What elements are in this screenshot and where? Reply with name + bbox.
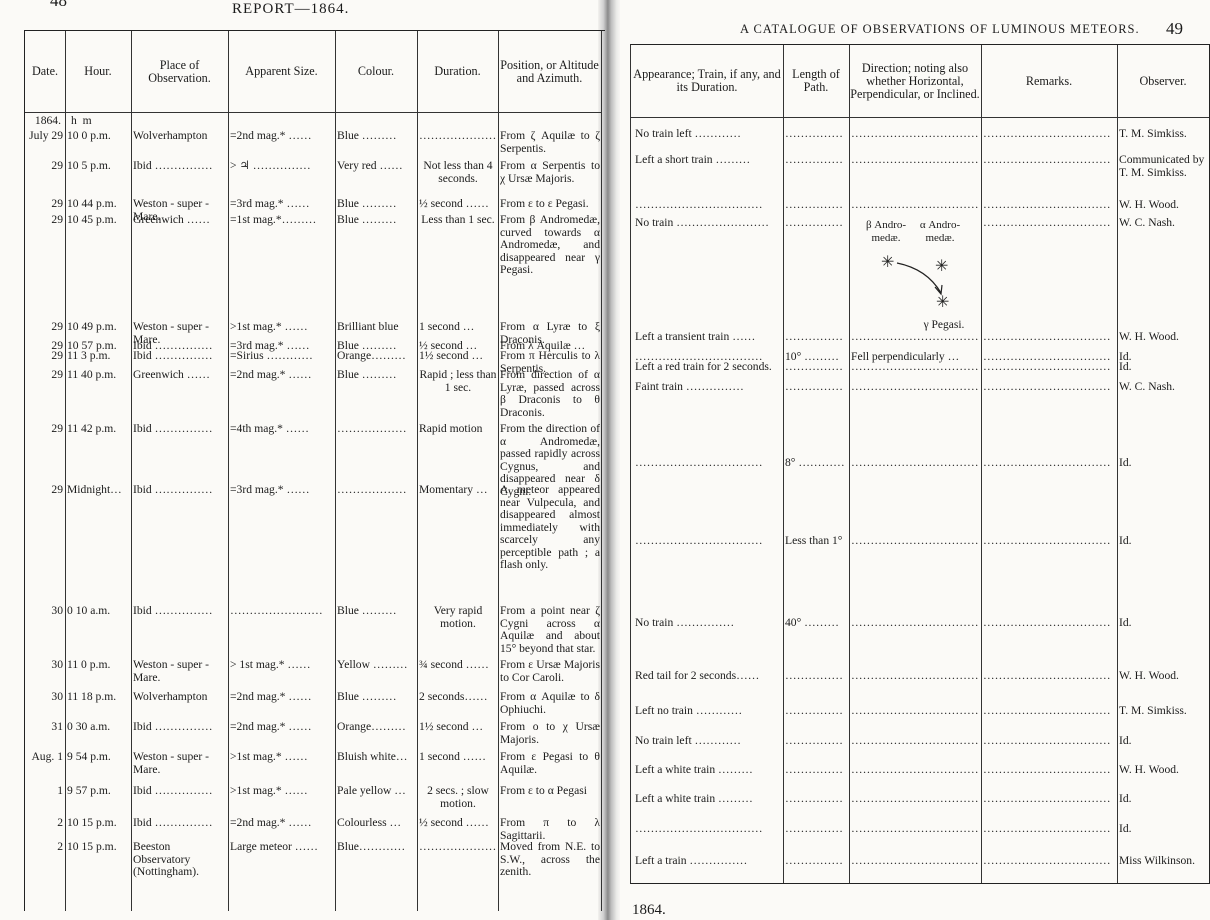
cell-colour: Blue ……… xyxy=(337,130,417,143)
cell-length: …………… xyxy=(785,128,847,141)
cell-hour: 9 57 p.m. xyxy=(67,785,129,798)
running-head-left: REPORT—1864. xyxy=(232,1,349,18)
cell-observer: T. M. Simkiss. xyxy=(1119,128,1209,141)
column-header: Date. xyxy=(25,31,65,112)
cell-date: 2 xyxy=(25,841,63,854)
cell-duration: Rapid ; less than 1 sec. xyxy=(419,369,497,394)
cell-remarks: …………………………… xyxy=(983,361,1115,374)
cell-remarks: …………………………… xyxy=(983,381,1115,394)
cell-place: Ibid …………… xyxy=(133,423,227,436)
cell-remarks: …………………………… xyxy=(983,705,1115,718)
cell-appearance: …………………………… xyxy=(635,199,781,212)
cell-position: From α Aquilæ to δ Ophiuchi. xyxy=(500,691,600,716)
cell-hour: 10 5 p.m. xyxy=(67,160,129,173)
cell-remarks: …………………………… xyxy=(983,128,1115,141)
cell-place: Wolverhampton xyxy=(133,130,227,143)
cell-size: > 1st mag.* …… xyxy=(230,659,334,672)
cell-observer: Id. xyxy=(1119,457,1209,470)
cell-place: Ibid …………… xyxy=(133,817,227,830)
cell-length: …………… xyxy=(785,154,847,167)
cell-duration: Momentary … xyxy=(419,484,497,497)
cell-direction: …………………………… xyxy=(851,361,979,374)
cell-length: Less than 1° xyxy=(785,535,847,548)
cell-appearance: Faint train …………… xyxy=(635,381,781,394)
cell-place: Ibid …………… xyxy=(133,605,227,618)
cell-duration: …………………… xyxy=(419,130,497,143)
cell-place: Weston - super - Mare. xyxy=(133,751,227,776)
cell-hour: 11 18 p.m. xyxy=(67,691,129,704)
meteor-table-right: Appearance; Train, if any, and its Durat… xyxy=(630,44,1210,884)
cell-duration: 1½ second … xyxy=(419,721,497,734)
cell-position: From ε Ursæ Majoris to Cor Caroli. xyxy=(500,659,600,684)
cell-direction: …………………………… xyxy=(851,617,979,630)
column-header: Apparent Size. xyxy=(228,31,335,112)
cell-duration: 1 second … xyxy=(419,321,497,334)
signature-mark: 1864. xyxy=(632,902,666,919)
cell-position: A meteor appeared near Vulpecula, and di… xyxy=(500,484,600,572)
cell-remarks: …………………………… xyxy=(983,764,1115,777)
cell-duration: ¾ second …… xyxy=(419,659,497,672)
cell-colour: Pale yellow … xyxy=(337,785,417,798)
cell-place: Weston - super - Mare. xyxy=(133,659,227,684)
cell-size: =2nd mag.* …… xyxy=(230,721,334,734)
cell-date: 30 xyxy=(25,659,63,672)
cell-observer: Id. xyxy=(1119,361,1209,374)
cell-hour: 11 3 p.m. xyxy=(67,350,129,363)
cell-observer: Id. xyxy=(1119,735,1209,748)
cell-duration: 1 second …… xyxy=(419,751,497,764)
cell-remarks: …………………………… xyxy=(983,670,1115,683)
cell-remarks: …………………………… xyxy=(983,457,1115,470)
cell-length: …………… xyxy=(785,217,847,230)
cell-direction: …………………………… xyxy=(851,128,979,141)
cell-duration: 1½ second … xyxy=(419,350,497,363)
cell-date: Aug. 1 xyxy=(25,751,63,764)
cell-size: =3rd mag.* …… xyxy=(230,198,334,211)
cell-appearance: …………………………… xyxy=(635,457,781,470)
cell-direction: …………………………… xyxy=(851,823,979,836)
cell-position: From ο to χ Ursæ Majoris. xyxy=(500,721,600,746)
cell-direction: …………………………… xyxy=(851,535,979,548)
cell-direction: …………………………… xyxy=(851,381,979,394)
cell-place: Ibid …………… xyxy=(133,721,227,734)
cell-colour: Blue ……… xyxy=(337,605,417,618)
cell-hour: 0 10 a.m. xyxy=(67,605,129,618)
cell-duration: Very rapid motion. xyxy=(419,605,497,630)
column-header: Position, or Altitude and Azimuth. xyxy=(498,31,601,112)
cell-observer: Id. xyxy=(1119,617,1209,630)
column-header: Colour. xyxy=(335,31,417,112)
cell-observer: W. H. Wood. xyxy=(1119,764,1209,777)
cell-date: 29 xyxy=(25,423,63,436)
cell-duration: Rapid motion xyxy=(419,423,497,436)
cell-colour: ……………… xyxy=(337,423,417,436)
cell-size: >1st mag.* …… xyxy=(230,751,334,764)
gamma-pegasi-label: γ Pegasi. xyxy=(909,319,979,332)
cell-observer: Communicated by T. M. Simkiss. xyxy=(1119,154,1209,179)
page-number-left: 48 xyxy=(50,0,67,11)
cell-observer: W. C. Nash. xyxy=(1119,381,1209,394)
cell-place: Beeston Observatory (Nottingham). xyxy=(133,841,227,879)
cell-place: Ibid …………… xyxy=(133,484,227,497)
cell-observer: Id. xyxy=(1119,535,1209,548)
cell-appearance: Left a white train ……… xyxy=(635,764,781,777)
cell-hour: 10 44 p.m. xyxy=(67,198,129,211)
cell-observer: W. H. Wood. xyxy=(1119,331,1209,344)
cell-length: 8° ………… xyxy=(785,457,847,470)
svg-text:✳: ✳ xyxy=(935,256,948,275)
cell-direction: …………………………… xyxy=(851,793,979,806)
cell-hour: 11 40 p.m. xyxy=(67,369,129,382)
cell-appearance: Left a short train ……… xyxy=(635,154,781,167)
cell-direction: …………………………… xyxy=(851,855,979,868)
cell-position: From π to λ Sagittarii. xyxy=(500,817,600,842)
cell-direction: …………………………… xyxy=(851,199,979,212)
cell-size: =Sirius ………… xyxy=(230,350,334,363)
cell-duration: 2 seconds…… xyxy=(419,691,497,704)
cell-position: Moved from N.E. to S.W., across the zeni… xyxy=(500,841,600,879)
right-page: A CATALOGUE OF OBSERVATIONS OF LUMINOUS … xyxy=(612,0,1210,920)
cell-size: =2nd mag.* …… xyxy=(230,130,334,143)
cell-remarks: …………………………… xyxy=(983,793,1115,806)
cell-appearance: …………………………… xyxy=(635,535,781,548)
cell-colour: Orange……… xyxy=(337,350,417,363)
cell-date: 30 xyxy=(25,605,63,618)
cell-length: …………… xyxy=(785,855,847,868)
cell-direction: …………………………… xyxy=(851,670,979,683)
cell-length: …………… xyxy=(785,331,847,344)
cell-position: From β Andromedæ, curved towards α Andro… xyxy=(500,214,600,277)
cell-appearance: Left a white train ……… xyxy=(635,793,781,806)
cell-hour: 10 15 p.m. xyxy=(67,817,129,830)
running-head-right: A CATALOGUE OF OBSERVATIONS OF LUMINOUS … xyxy=(740,22,1140,37)
cell-date: 1 xyxy=(25,785,63,798)
left-page: 48 REPORT—1864. Date.Hour.Place of Obser… xyxy=(0,0,612,920)
cell-colour: Brilliant blue xyxy=(337,321,417,334)
cell-direction: …………………………… xyxy=(851,457,979,470)
cell-colour: Very red …… xyxy=(337,160,417,173)
cell-observer: Id. xyxy=(1119,793,1209,806)
cell-length: …………… xyxy=(785,764,847,777)
cell-observer: W. C. Nash. xyxy=(1119,217,1209,230)
cell-position: From direction of α Lyræ, passed across … xyxy=(500,369,600,419)
cell-size: =4th mag.* …… xyxy=(230,423,334,436)
cell-colour: Yellow ……… xyxy=(337,659,417,672)
cell-date: 29 xyxy=(25,214,63,227)
cell-date: 29 xyxy=(25,198,63,211)
year-label: 1864. xyxy=(25,115,61,128)
cell-date: 29 xyxy=(25,350,63,363)
cell-length: …………… xyxy=(785,361,847,374)
cell-direction: …………………………… xyxy=(851,764,979,777)
cell-hour: 0 30 a.m. xyxy=(67,721,129,734)
cell-appearance: Left no train ………… xyxy=(635,705,781,718)
column-header: Appearance; Train, if any, and its Durat… xyxy=(631,45,783,117)
cell-size: =3rd mag.* …… xyxy=(230,484,334,497)
cell-remarks: …………………………… xyxy=(983,823,1115,836)
cell-date: 29 xyxy=(25,321,63,334)
cell-colour: Blue ……… xyxy=(337,198,417,211)
cell-duration: 2 secs. ; slow motion. xyxy=(419,785,497,810)
cell-place: Greenwich …… xyxy=(133,369,227,382)
cell-colour: ……………… xyxy=(337,484,417,497)
meteor-path-diagram: β Andro- medæ. α Andro- medæ. ✳ ✳ ✳ γ Pe… xyxy=(853,215,979,345)
cell-appearance: Red tail for 2 seconds…… xyxy=(635,670,781,683)
cell-position: From ε to α Pegasi xyxy=(500,785,600,798)
cell-hour: 10 49 p.m. xyxy=(67,321,129,334)
cell-length: …………… xyxy=(785,735,847,748)
cell-length: …………… xyxy=(785,670,847,683)
cell-appearance: No train left ………… xyxy=(635,128,781,141)
cell-size: =2nd mag.* …… xyxy=(230,691,334,704)
cell-remarks: …………………………… xyxy=(983,735,1115,748)
cell-place: Ibid …………… xyxy=(133,350,227,363)
column-header: Place of Observation. xyxy=(131,31,228,112)
column-header: Duration. xyxy=(417,31,498,112)
cell-place: Ibid …………… xyxy=(133,160,227,173)
cell-date: 30 xyxy=(25,691,63,704)
cell-duration: …………………… xyxy=(419,841,497,854)
cell-appearance: No train …………………… xyxy=(635,217,781,230)
svg-text:✳: ✳ xyxy=(936,292,949,311)
cell-direction: …………………………… xyxy=(851,705,979,718)
cell-position: From a point near ζ Cygni across α Aquil… xyxy=(500,605,600,655)
cell-appearance: …………………………… xyxy=(635,823,781,836)
cell-length: …………… xyxy=(785,199,847,212)
cell-appearance: No train …………… xyxy=(635,617,781,630)
cell-place: Wolverhampton xyxy=(133,691,227,704)
cell-date: July 29 xyxy=(25,130,63,143)
cell-place: Ibid …………… xyxy=(133,785,227,798)
cell-hour: Midnight… xyxy=(67,484,129,497)
meteor-table-left: Date.Hour.Place of Observation.Apparent … xyxy=(24,30,605,911)
cell-observer: T. M. Simkiss. xyxy=(1119,705,1209,718)
cell-hour: 11 42 p.m. xyxy=(67,423,129,436)
cell-remarks: …………………………… xyxy=(983,535,1115,548)
cell-appearance: No train left ………… xyxy=(635,735,781,748)
cell-colour: Blue ……… xyxy=(337,369,417,382)
column-header: Hour. xyxy=(65,31,131,112)
cell-hour: 10 45 p.m. xyxy=(67,214,129,227)
cell-length: …………… xyxy=(785,705,847,718)
column-header: Length of Path. xyxy=(783,45,849,117)
cell-place: Greenwich …… xyxy=(133,214,227,227)
cell-observer: Id. xyxy=(1119,823,1209,836)
cell-remarks: …………………………… xyxy=(983,331,1115,344)
cell-length: …………… xyxy=(785,381,847,394)
cell-position: From α Serpentis to χ Ursæ Majoris. xyxy=(500,160,600,185)
cell-length: …………… xyxy=(785,823,847,836)
cell-date: 29 xyxy=(25,160,63,173)
cell-length: 40° ……… xyxy=(785,617,847,630)
page-number-right: 49 xyxy=(1166,19,1183,39)
cell-observer: Miss Wilkinson. xyxy=(1119,855,1209,868)
svg-text:✳: ✳ xyxy=(881,252,894,271)
column-header: Observer. xyxy=(1117,45,1209,117)
cell-direction: …………………………… xyxy=(851,154,979,167)
cell-duration: Not less than 4 seconds. xyxy=(419,160,497,185)
cell-colour: Bluish white… xyxy=(337,751,417,764)
cell-colour: Blue ……… xyxy=(337,214,417,227)
column-header: Remarks. xyxy=(981,45,1117,117)
cell-appearance: Left a train …………… xyxy=(635,855,781,868)
cell-position: From ε Pegasi to θ Aquilæ. xyxy=(500,751,600,776)
cell-hour: 10 15 p.m. xyxy=(67,841,129,854)
cell-colour: Colourless … xyxy=(337,817,417,830)
cell-remarks: …………………………… xyxy=(983,617,1115,630)
cell-size: > ♃ …………… xyxy=(230,160,334,173)
cell-duration: ½ second …… xyxy=(419,198,497,211)
cell-remarks: …………………………… xyxy=(983,154,1115,167)
cell-observer: W. H. Wood. xyxy=(1119,199,1209,212)
cell-size: >1st mag.* …… xyxy=(230,785,334,798)
cell-size: Large meteor …… xyxy=(230,841,334,854)
cell-length: …………… xyxy=(785,793,847,806)
cell-appearance: Left a transient train …… xyxy=(635,331,781,344)
cell-direction: …………………………… xyxy=(851,735,979,748)
cell-date: 31 xyxy=(25,721,63,734)
cell-duration: ½ second …… xyxy=(419,817,497,830)
cell-size: =2nd mag.* …… xyxy=(230,369,334,382)
cell-date: 2 xyxy=(25,817,63,830)
cell-remarks: …………………………… xyxy=(983,855,1115,868)
column-header: Direction; noting also whether Horizonta… xyxy=(849,45,981,117)
cell-size: …………………… xyxy=(230,605,334,618)
cell-position: From ε to ε Pegasi. xyxy=(500,198,600,211)
cell-date: 29 xyxy=(25,369,63,382)
cell-size: =1st mag.*……… xyxy=(230,214,334,227)
cell-duration: Less than 1 sec. xyxy=(419,214,497,227)
cell-size: >1st mag.* …… xyxy=(230,321,334,334)
cell-colour: Orange……… xyxy=(337,721,417,734)
cell-size: =2nd mag.* …… xyxy=(230,817,334,830)
cell-date: 29 xyxy=(25,484,63,497)
cell-remarks: …………………………… xyxy=(983,217,1115,230)
cell-colour: Blue………… xyxy=(337,841,417,854)
cell-remarks: …………………………… xyxy=(983,199,1115,212)
hour-units-label: h m xyxy=(71,115,111,128)
cell-hour: 9 54 p.m. xyxy=(67,751,129,764)
cell-appearance: Left a red train for 2 seconds. xyxy=(635,361,781,374)
cell-position: From ζ Aquilæ to ζ Serpentis. xyxy=(500,130,600,155)
cell-hour: 10 0 p.m. xyxy=(67,130,129,143)
cell-colour: Blue ……… xyxy=(337,691,417,704)
cell-hour: 11 0 p.m. xyxy=(67,659,129,672)
cell-observer: W. H. Wood. xyxy=(1119,670,1209,683)
